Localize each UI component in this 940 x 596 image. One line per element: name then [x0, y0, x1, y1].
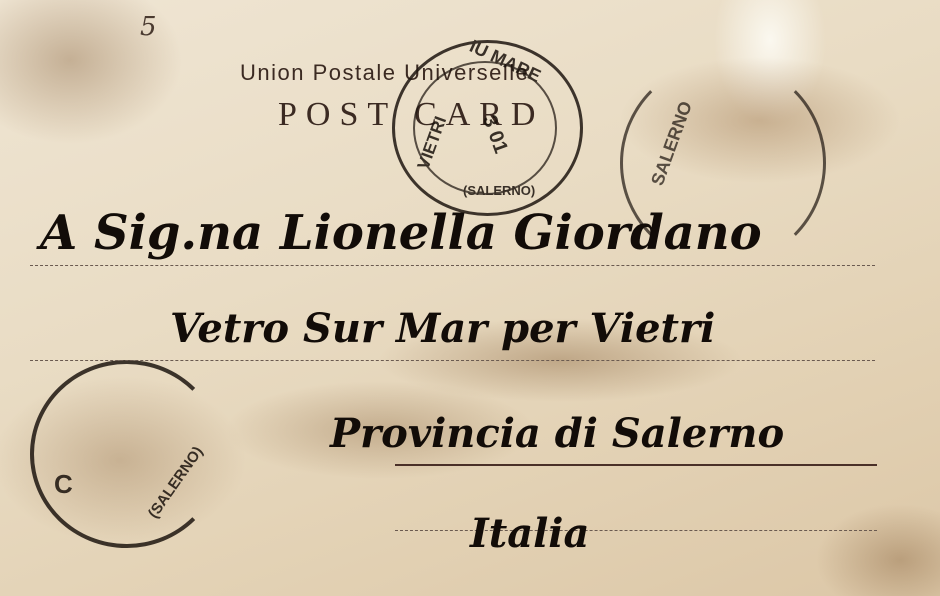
address-line-1: A Sig.na Lionella Giordano — [40, 205, 762, 261]
address-line-4: Italia — [470, 510, 589, 557]
address-line-2: Vetro Sur Mar per Vietri — [170, 305, 715, 352]
postmark-bottom-left: C (SALERNO) — [30, 360, 223, 548]
postmark-vietri: IU MARE VIETRI 3 01 (SALERNO) — [392, 40, 583, 216]
address-rule-1 — [30, 265, 875, 266]
address-rule-2 — [30, 360, 875, 361]
address-rule-3 — [395, 464, 877, 466]
address-line-3: Provincia di Salerno — [330, 410, 784, 457]
corner-number: 5 — [140, 12, 157, 42]
address-rule-4 — [395, 530, 877, 531]
postcard-back: 5 Union Postale Universelle POST CARD IU… — [0, 0, 940, 596]
